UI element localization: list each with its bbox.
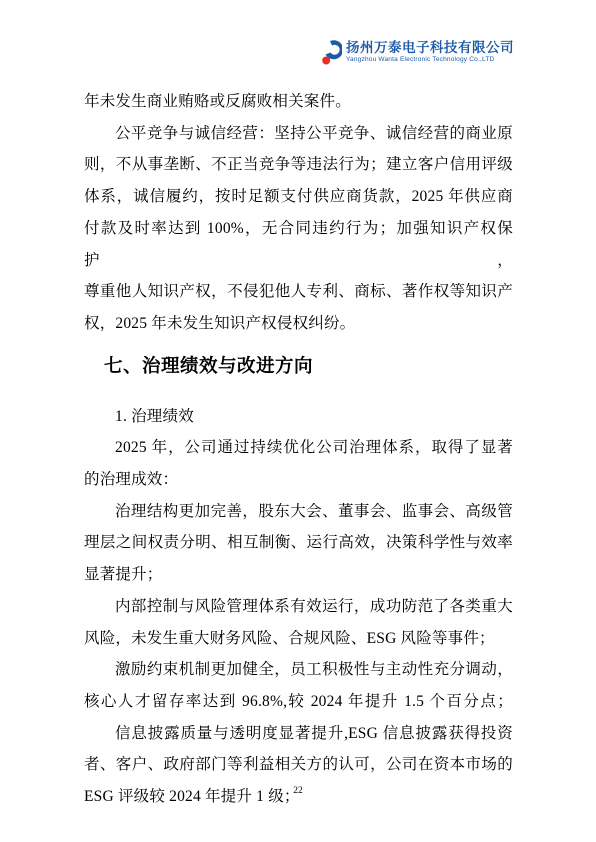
text-line: 体系，诚信履约，按时足额支付供应商货款，2025 年供应商 <box>84 181 513 213</box>
logo-red-dot <box>322 57 330 65</box>
text-line: 1. 治理绩效 <box>84 401 513 433</box>
text-line: 付款及时率达到 100%，无合同违约行为；加强知识产权保护， <box>84 213 513 276</box>
text-line: 风险，未发生重大财务风险、合规风险、ESG 风险等事件； <box>84 623 513 655</box>
company-logo-icon <box>322 40 342 66</box>
text-line: 激励约束机制更加健全，员工积极性与主动性充分调动， <box>84 654 513 686</box>
text-line: 显著提升； <box>84 559 513 591</box>
text-line: 则，不从事垄断、不正当竞争等违法行为；建立客户信用评级 <box>84 149 513 181</box>
page-number: 22 <box>0 786 596 796</box>
text-line: 理层之间权责分明、相互制衡、运行高效，决策科学性与效率 <box>84 527 513 559</box>
company-logo: 扬州万泰电子科技有限公司 Yangzhou Wanta Electronic T… <box>322 40 514 66</box>
text-line: 权，2025 年未发生知识产权侵权纠纷。 <box>84 308 513 340</box>
logo-crescent-icon <box>322 40 342 66</box>
company-name-en: Yangzhou Wanta Electronic Technology Co.… <box>346 55 514 64</box>
section-heading: 七、治理绩效与改进方向 <box>84 352 513 380</box>
text-line: 内部控制与风险管理体系有效运行，成功防范了各类重大 <box>84 591 513 623</box>
text-line: 公平竞争与诚信经营：坚持公平竞争、诚信经营的商业原 <box>84 118 513 150</box>
text-line: 核心人才留存率达到 96.8%,较 2024 年提升 1.5 个百分点； <box>84 686 513 718</box>
text-line: 的治理成效： <box>84 464 513 496</box>
text-line: 年未发生商业贿赂或反腐败相关案件。 <box>84 86 513 118</box>
company-name-cn: 扬州万泰电子科技有限公司 <box>346 40 514 55</box>
document-body: 年未发生商业贿赂或反腐败相关案件。公平竞争与诚信经营：坚持公平竞争、诚信经营的商… <box>84 86 513 813</box>
document-page: 扬州万泰电子科技有限公司 Yangzhou Wanta Electronic T… <box>0 0 596 842</box>
text-line: 2025 年，公司通过持续优化公司治理体系，取得了显著 <box>84 432 513 464</box>
text-line: 尊重他人知识产权，不侵犯他人专利、商标、著作权等知识产 <box>84 276 513 308</box>
text-line: 者、客户、政府部门等利益相关方的认可，公司在资本市场的 <box>84 749 513 781</box>
text-line: 信息披露质量与透明度显著提升,ESG 信息披露获得投资 <box>84 718 513 750</box>
text-line: 治理结构更加完善，股东大会、董事会、监事会、高级管 <box>84 496 513 528</box>
